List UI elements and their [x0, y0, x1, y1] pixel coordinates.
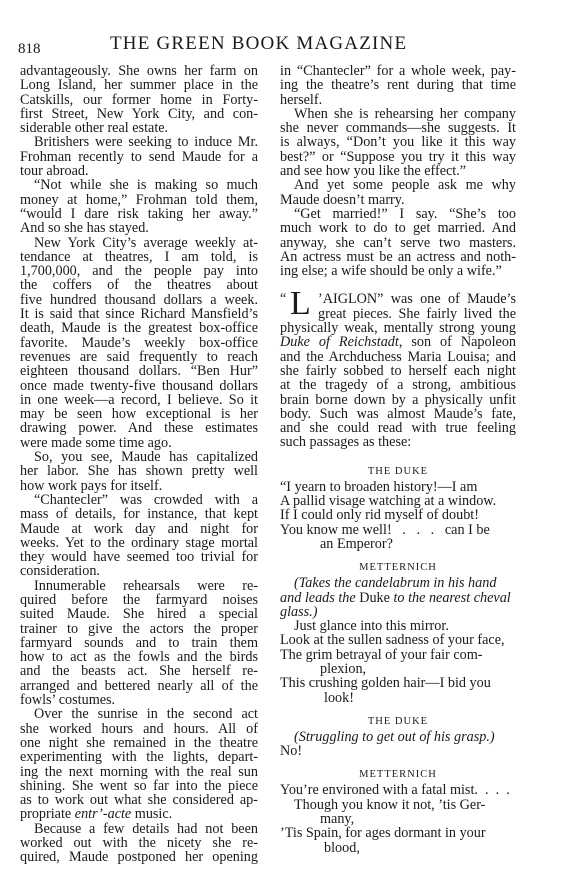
text-line: farmyard sounds and to train them — [20, 636, 258, 650]
verse-line: You know me well! . . . can I be — [280, 523, 516, 537]
text-line: weeks. Yet to the ordinary stage mortal — [20, 536, 258, 550]
text-line: ’AIGLON” was one of Maude’s — [280, 292, 516, 306]
text-line: the coffers of the theatres about — [20, 278, 258, 292]
text-line: body. Such was almost Maude’s fate, — [280, 407, 516, 421]
text-line: Britishers were seeking to induce Mr. — [20, 135, 258, 149]
right-column: in “Chantecler” for a whole week, pay- i… — [280, 64, 516, 855]
text-line: much work to do to get married. And — [280, 221, 516, 235]
text-line: quired, Maude postponed her opening — [20, 850, 258, 864]
italic-title: Duke of Reichstadt — [280, 334, 399, 350]
text-line: New York City’s average weekly at- — [20, 236, 258, 250]
drop-cap: L — [290, 289, 311, 319]
text-line: favorite. Maude’s weekly box-office — [20, 336, 258, 350]
text-line: siderable other real estate. — [20, 121, 258, 135]
spacer — [280, 450, 516, 464]
speaker-name: THE DUKE — [280, 714, 516, 730]
text-line: may be seen how exceptional is her — [20, 407, 258, 421]
text-line: herself. — [280, 93, 516, 107]
speaker-name: METTERNICH — [280, 767, 516, 783]
text-line: “Chantecler” was crowded with a — [20, 493, 258, 507]
text-line: revenues are said frequently to reach — [20, 350, 258, 364]
text-line: in “Chantecler” for a whole week, pay- — [280, 64, 516, 78]
text-line: anyway, she can’t serve two masters. — [280, 236, 516, 250]
verse-line: plexion, — [280, 662, 516, 676]
text-line: worked out with the nicety she re- — [20, 836, 258, 850]
text-line: at the tragedy of a strong, ambitious — [280, 378, 516, 392]
running-head: THE GREEN BOOK MAGAZINE — [110, 33, 407, 55]
section-break — [280, 278, 516, 292]
text-line: It is said that since Richard Mansfield’… — [20, 307, 258, 321]
text-line: mass of details, for instance, that kept — [20, 507, 258, 521]
text-line: death, Maude is the greatest box-office — [20, 321, 258, 335]
verse-line: ’Tis Spain, for ages dormant in your — [280, 826, 516, 840]
verse-line: Just glance into this mirror. — [280, 619, 516, 633]
verse-line: blood, — [280, 841, 516, 855]
text-line: her labor. She has shown pretty well — [20, 464, 258, 478]
text-line: So, you see, Maude has capitalized — [20, 450, 258, 464]
stage-direction: (Takes the candelabrum in his hand — [280, 576, 516, 590]
text-line: how work pays for itself. — [20, 479, 258, 493]
text-line: physically weak, mentally strong young — [280, 321, 516, 335]
text-line: and the Archduchess Maria Louisa; and — [280, 350, 516, 364]
text-line: and see how you like the effect.” — [280, 164, 516, 178]
verse-line: Though you know it not, ’tis Ger- — [280, 798, 516, 812]
text-line: shining. She went so far into the piece — [20, 779, 258, 793]
text-line: And yet some people ask me why — [280, 178, 516, 192]
stage-direction: and leads the Duke to the nearest cheval — [280, 591, 516, 605]
text-line: Maude doesn’t marry. — [280, 193, 516, 207]
text-line: brain borne down by a physically unfit — [280, 393, 516, 407]
verse-line: “I yearn to broaden history!—I am — [280, 480, 516, 494]
text-line: 1,700,000, and the people pay into — [20, 264, 258, 278]
text-line: Frohman recently to send Maude for a — [20, 150, 258, 164]
text-line: ing else; a wife should be only a wife.” — [280, 264, 516, 278]
text-line: best?” or “Suppose you try it this way — [280, 150, 516, 164]
text-line: once made twenty-five thousand dollars — [20, 379, 258, 393]
text-line: experimenting with the lights, depart- — [20, 750, 258, 764]
text-line: such passages as these: — [280, 435, 516, 449]
text-line: Maude at work day and night for — [20, 522, 258, 536]
text-line: And so she has stayed. — [20, 221, 258, 235]
text-line: An actress must be an actress and noth- — [280, 250, 516, 264]
text-line: were made some time ago. — [20, 436, 258, 450]
text-line: When she is rehearsing her company — [280, 107, 516, 121]
spacer — [280, 758, 516, 767]
text-line: is always, “Don’t you like it this way — [280, 135, 516, 149]
text-line: five hundred thousand dollars a week. — [20, 293, 258, 307]
speaker-name: THE DUKE — [280, 464, 516, 480]
page-number: 818 — [18, 41, 41, 58]
text-line: arranged and bettered nearly all of the — [20, 679, 258, 693]
text-line: “Get married!” I say. “She’s too — [280, 207, 516, 221]
text-line: they would have seemed too trivial for — [20, 550, 258, 564]
text-fragment: Duke — [359, 590, 390, 606]
verse-line: You’re environed with a fatal mist. . . … — [280, 783, 516, 797]
text-line: ing the next morning with the real sun — [20, 765, 258, 779]
text-line: drawing power. And these estimates — [20, 421, 258, 435]
text-line: money at home,” Frohman told them, — [20, 193, 258, 207]
verse-line: This crushing golden hair—I bid you — [280, 676, 516, 690]
stage-direction: (Struggling to get out of his grasp.) — [280, 730, 516, 744]
text-line: she worked hours and hours. All of — [20, 722, 258, 736]
spacer — [280, 551, 516, 560]
text-line: she never commands—she suggests. It — [280, 121, 516, 135]
text-line: Long Island, her summer place in the — [20, 78, 258, 92]
text-line: propriate entr’-acte music. — [20, 807, 258, 821]
text-line: advantageously. She owns her farm on — [20, 64, 258, 78]
text-line: and she could read with true feeling — [280, 421, 516, 435]
verse-line: No! — [280, 744, 516, 758]
text-line: ing the theatre’s rent during that time — [280, 78, 516, 92]
speaker-name: METTERNICH — [280, 560, 516, 576]
text-line: one night she remained in the theatre — [20, 736, 258, 750]
text-line: Innumerable rehearsals were re- — [20, 579, 258, 593]
text-line: “Not while she is making so much — [20, 178, 258, 192]
text-line: Catskills, our former home in Forty- — [20, 93, 258, 107]
text-fragment: , son of Napoleon — [399, 334, 516, 350]
text-fragment: to the nearest cheval — [390, 590, 511, 606]
text-line: Because a few details had not been — [20, 822, 258, 836]
text-line: as to work out what she considered ap- — [20, 793, 258, 807]
text-line: she fairly sobbed to herself each night — [280, 364, 516, 378]
text-line: how to act as the fowls and the birds — [20, 650, 258, 664]
text-line: “would I dare risk taking her away.” — [20, 207, 258, 221]
text-line: eighteen thousand dollars. “Ben Hur” — [20, 364, 258, 378]
verse-line: many, — [280, 812, 516, 826]
verse-line: look! — [280, 691, 516, 705]
spacer — [280, 705, 516, 714]
text-line: suited Maude. She hired a special — [20, 607, 258, 621]
text-line: tour abroad. — [20, 164, 258, 178]
verse-line: Look at the sullen sadness of your face, — [280, 633, 516, 647]
text-line: in one week—a record, I believe. So it — [20, 393, 258, 407]
text-line: trainer to give the actors the proper — [20, 622, 258, 636]
text-line: great pieces. She fairly lived the — [280, 307, 516, 321]
section-opening: “ L ’AIGLON” was one of Maude’s great pi… — [280, 292, 516, 321]
verse-line: an Emperor? — [280, 537, 516, 551]
text-line: Over the sunrise in the second act — [20, 707, 258, 721]
text-line: consideration. — [20, 564, 258, 578]
verse-line: The grim betrayal of your fair com- — [280, 648, 516, 662]
text-line: quired before the farmyard noises — [20, 593, 258, 607]
text-line: fowls’ costumes. — [20, 693, 258, 707]
verse-line: A pallid visage watching at a window. — [280, 494, 516, 508]
stage-direction: glass.) — [280, 605, 516, 619]
text-line: Duke of Reichstadt, son of Napoleon — [280, 335, 516, 349]
text-line: and the beasts act. She herself re- — [20, 664, 258, 678]
verse-line: If I could only rid myself of doubt! — [280, 508, 516, 522]
left-column: advantageously. She owns her farm on Lon… — [20, 64, 258, 865]
open-quote: “ — [280, 292, 286, 306]
text-line: tendance at theatres, I am told, is — [20, 250, 258, 264]
text-line: first Street, New York City, and con- — [20, 107, 258, 121]
